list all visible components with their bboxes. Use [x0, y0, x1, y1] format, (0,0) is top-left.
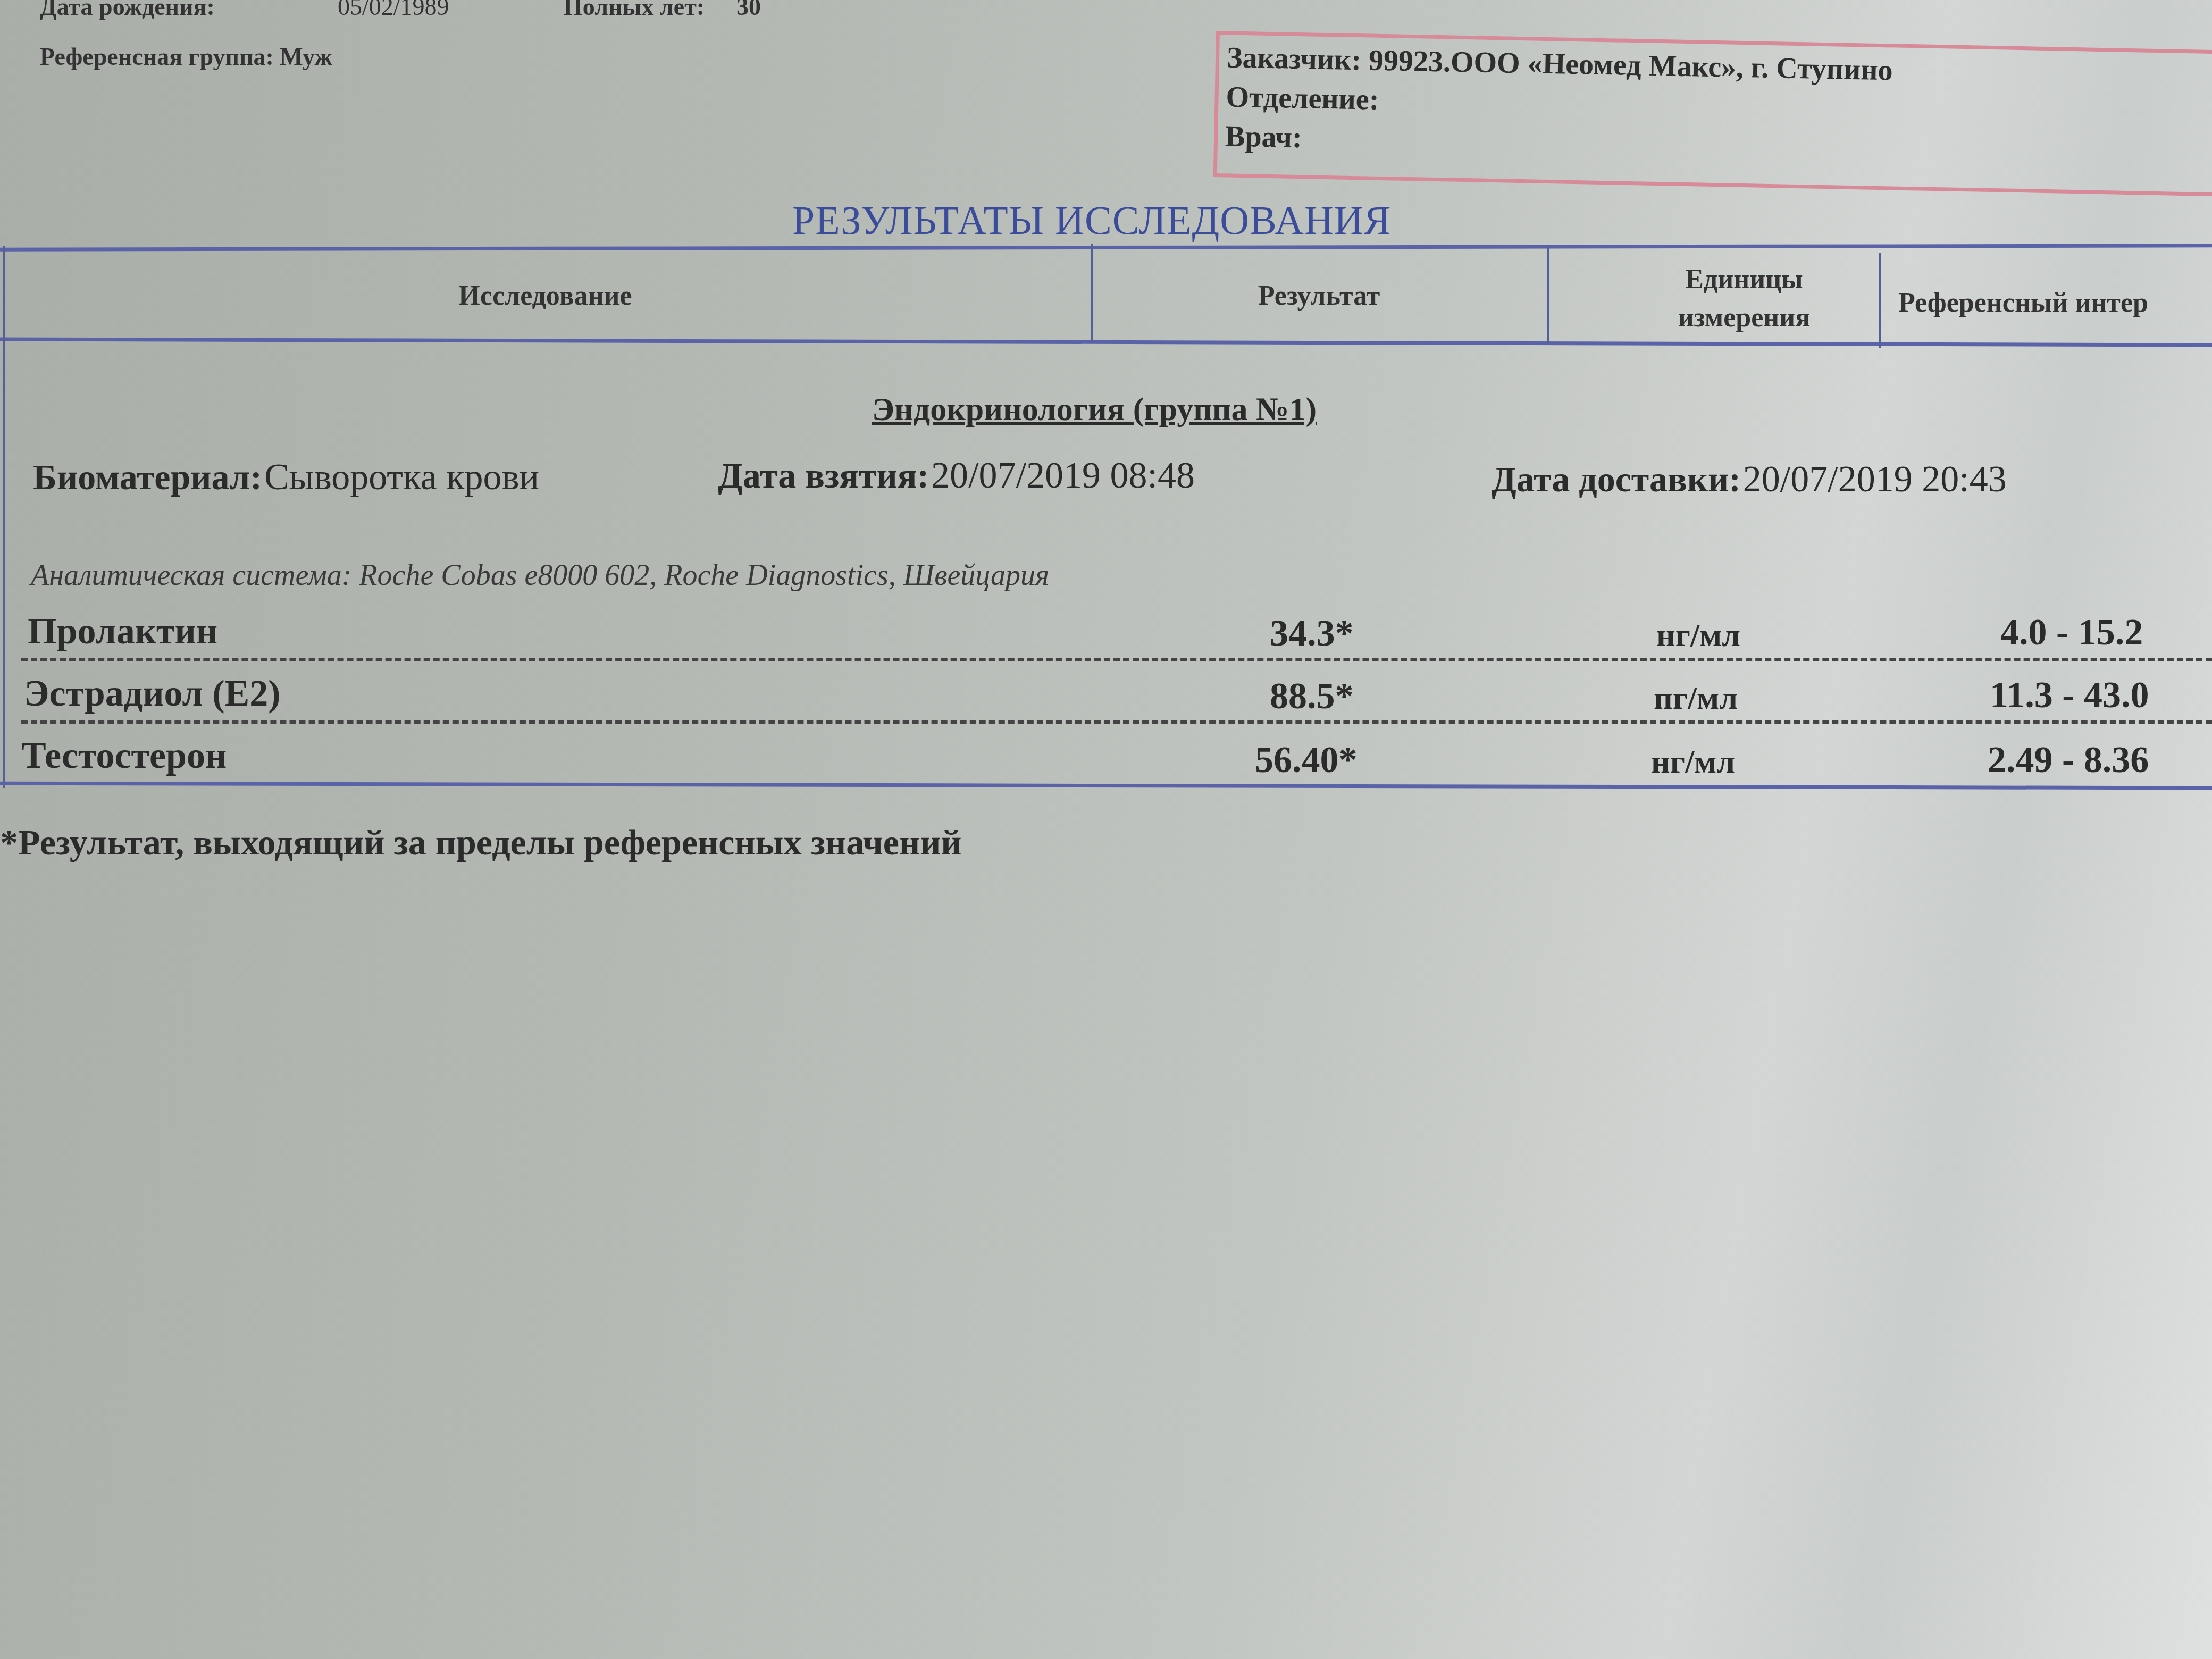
birth-date-value: 05/02/1989 [338, 0, 449, 21]
row-1-test: Эстрадиол (Е2) [24, 673, 281, 715]
customer-box: Заказчик: 99923.ООО «Неомед Макс», г. Ст… [1213, 31, 2212, 196]
section-title: Эндокринология (группа №1) [872, 391, 1317, 429]
col-header-units: Единицы измерения [1616, 261, 1872, 337]
delivered-value: 20/07/2019 20:43 [1743, 459, 2007, 500]
results-title: РЕЗУЛЬТАТЫ ИССЛЕДОВАНИЯ [792, 198, 1391, 244]
row-divider [21, 720, 2212, 724]
table-top-border [0, 244, 2212, 251]
biomaterial-label: Биоматериал: [33, 457, 262, 497]
delivered-label: Дата доставки: [1492, 459, 1741, 499]
row-1-unit: пг/мл [1654, 680, 1738, 717]
age-value: 30 [736, 0, 761, 21]
col-header-test: Исследование [0, 280, 1091, 312]
col-divider-3 [1879, 253, 1881, 348]
birth-date-label: Дата рождения: [40, 0, 215, 21]
collected-label: Дата взятия: [718, 455, 929, 496]
delivered-field: Дата доставки: 20/07/2019 20:43 [1492, 458, 2007, 501]
row-0-unit: нг/мл [1656, 617, 1740, 655]
row-2-unit: нг/мл [1651, 743, 1735, 781]
biomaterial-field: Биоматериал: Сыворотка крови [33, 456, 539, 499]
row-0-reference: 4.0 - 15.2 [2000, 611, 2143, 654]
table-left-border [3, 246, 5, 788]
col-header-reference: Референсный интер [1898, 287, 2148, 319]
department-label: Отделение: [1226, 80, 1379, 116]
row-2-test: Тестостерон [21, 735, 227, 777]
row-1-reference: 11.3 - 43.0 [1990, 674, 2149, 717]
row-1-result: 88.5* [1270, 675, 1354, 718]
table-bottom-border [0, 782, 2212, 790]
doctor-label: Врач: [1225, 120, 1303, 154]
collected-value: 20/07/2019 08:48 [931, 455, 1195, 496]
footnote: *Результат, выходящий за пределы референ… [0, 822, 962, 864]
collected-field: Дата взятия: 20/07/2019 08:48 [718, 455, 1195, 497]
row-0-test: Пролактин [28, 610, 217, 653]
biomaterial-value: Сыворотка крови [264, 457, 539, 498]
col-divider-2 [1547, 246, 1549, 344]
customer-value: 99923.ООО «Неомед Макс», г. Ступино [1369, 44, 1893, 87]
reference-group: Референсная группа: Муж [40, 43, 332, 71]
analytical-system: Аналитическая система: Roche Cobas e8000… [31, 558, 1049, 592]
reference-group-label: Референсная группа: [40, 43, 274, 70]
reference-group-value: Муж [280, 43, 332, 70]
col-header-result: Результат [1091, 280, 1547, 312]
row-divider [21, 658, 2212, 661]
row-0-result: 34.3* [1270, 613, 1354, 655]
row-2-result: 56.40* [1255, 739, 1358, 782]
row-2-reference: 2.49 - 8.36 [1988, 739, 2149, 782]
customer-label: Заказчик: [1226, 41, 1361, 77]
age-label: Полных лет: [564, 0, 705, 21]
